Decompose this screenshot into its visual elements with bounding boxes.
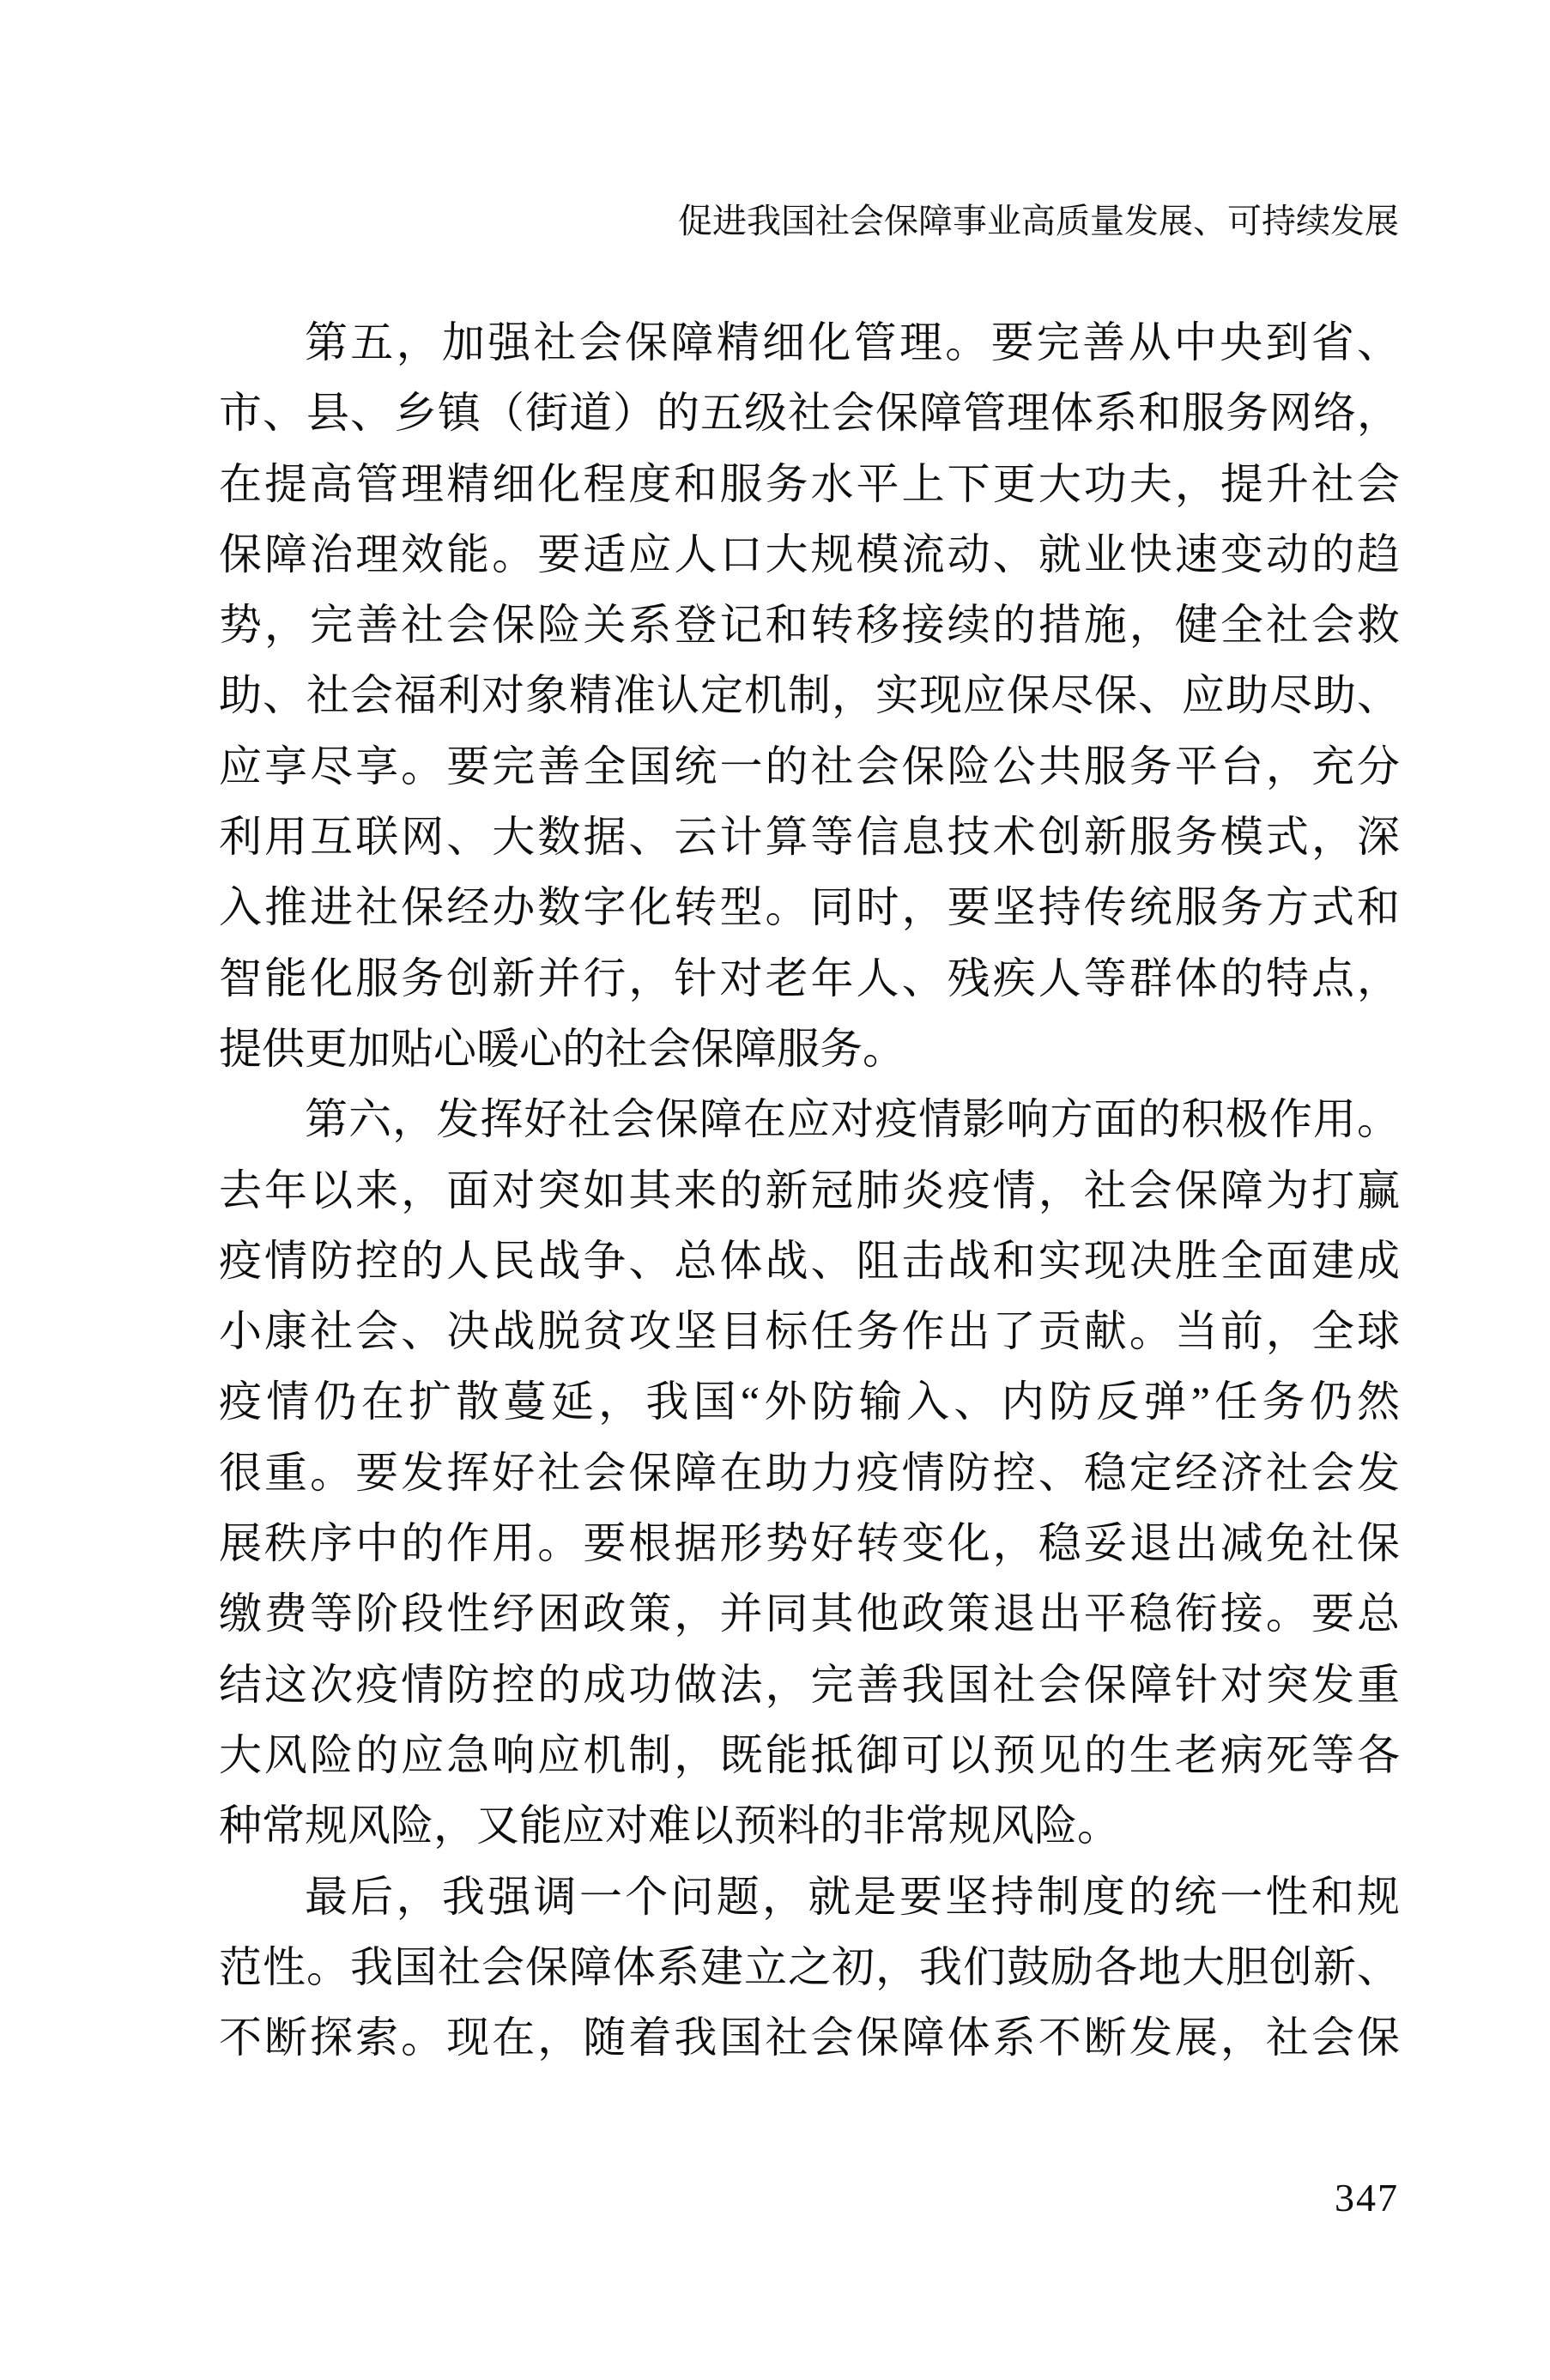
text-line: 入推进社保经办数字化转型。同时，要坚持传统服务方式和: [219, 872, 1400, 942]
text-line: 种常规风险，又能应对难以预料的非常规风险。: [219, 1790, 1400, 1861]
text-line: 不断探索。现在，随着我国社会保障体系不断发展，社会保: [219, 2002, 1400, 2073]
text-line: 市、县、乡镇（街道）的五级社会保障管理体系和服务网络，: [219, 378, 1400, 448]
text-line: 结这次疫情防控的成功做法，完善我国社会保障针对突发重: [219, 1650, 1400, 1720]
text-line: 大风险的应急响应机制，既能抵御可以预见的生老病死等各: [219, 1720, 1400, 1790]
paragraph: 最后，我强调一个问题，就是要坚持制度的统一性和规 范性。我国社会保障体系建立之初…: [219, 1862, 1400, 2074]
text-line: 疫情仍在扩散蔓延，我国“外防输入、内防反弹”任务仍然: [219, 1366, 1400, 1437]
text-line: 很重。要发挥好社会保障在助力疫情防控、稳定经济社会发: [219, 1438, 1400, 1508]
text-line: 提供更加贴心暖心的社会保障服务。: [219, 1014, 1400, 1084]
text-line: 去年以来，面对突如其来的新冠肺炎疫情，社会保障为打赢: [219, 1155, 1400, 1226]
text-line: 最后，我强调一个问题，就是要坚持制度的统一性和规: [219, 1862, 1400, 1932]
text-line: 疫情防控的人民战争、总体战、阻击战和实现决胜全面建成: [219, 1226, 1400, 1296]
text-line: 保障治理效能。要适应人口大规模流动、就业快速变动的趋: [219, 519, 1400, 590]
page-number: 347: [1335, 2178, 1399, 2218]
text-line: 利用互联网、大数据、云计算等信息技术创新服务模式，深: [219, 802, 1400, 872]
book-page: 促进我国社会保障事业高质量发展、可持续发展 第五，加强社会保障精细化管理。要完善…: [0, 0, 1550, 2380]
text-line: 在提高管理精细化程度和服务水平上下更大功夫，提升社会: [219, 449, 1400, 519]
page-body: 第五，加强社会保障精细化管理。要完善从中央到省、 市、县、乡镇（街道）的五级社会…: [219, 307, 1400, 2073]
paragraph: 第六，发挥好社会保障在应对疫情影响方面的积极作用。 去年以来，面对突如其来的新冠…: [219, 1084, 1400, 1861]
text-line: 范性。我国社会保障体系建立之初，我们鼓励各地大胆创新、: [219, 1932, 1400, 2002]
text-line: 势，完善社会保险关系登记和转移接续的措施，健全社会救: [219, 590, 1400, 660]
text-line: 助、社会福利对象精准认定机制，实现应保尽保、应助尽助、: [219, 660, 1400, 730]
text-line: 展秩序中的作用。要根据形势好转变化，稳妥退出减免社保: [219, 1508, 1400, 1578]
text-line: 第六，发挥好社会保障在应对疫情影响方面的积极作用。: [219, 1084, 1400, 1154]
running-header: 促进我国社会保障事业高质量发展、可持续发展: [678, 203, 1399, 240]
text-line: 应享尽享。要完善全国统一的社会保险公共服务平台，充分: [219, 731, 1400, 802]
text-line: 缴费等阶段性纾困政策，并同其他政策退出平稳衔接。要总: [219, 1578, 1400, 1649]
text-line: 智能化服务创新并行，针对老年人、残疾人等群体的特点，: [219, 943, 1400, 1014]
paragraph: 第五，加强社会保障精细化管理。要完善从中央到省、 市、县、乡镇（街道）的五级社会…: [219, 307, 1400, 1084]
text-line: 第五，加强社会保障精细化管理。要完善从中央到省、: [219, 307, 1400, 378]
text-line: 小康社会、决战脱贫攻坚目标任务作出了贡献。当前，全球: [219, 1296, 1400, 1366]
